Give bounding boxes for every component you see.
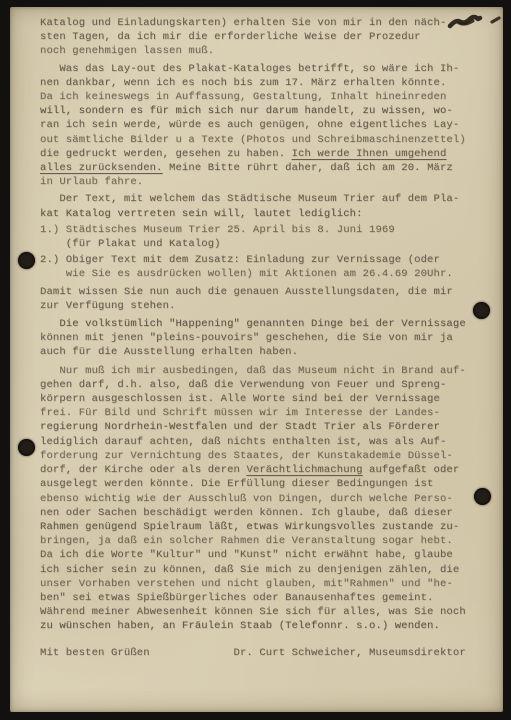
text-line: Da ich die Worte "Kultur" und "Kunst" ni…: [40, 548, 477, 562]
text-line: ben" sei etwas Spießbürgerliches oder Ba…: [40, 591, 477, 605]
text-line: forderung zur Vernichtung des Staates, d…: [40, 449, 477, 463]
text-line: out sämtliche Bilder u a Texte (Photos u…: [40, 133, 477, 147]
punch-hole: [18, 252, 35, 269]
document-page: Katalog und Einladungskarten) erhalten S…: [10, 7, 503, 712]
text-line: bringen, ja daß ein solcher Rahmen die V…: [40, 534, 477, 548]
text-line: sten Tagen, da ich mir die erforderliche…: [40, 30, 477, 44]
text-line: auch für die Ausstellung erhalten haben.: [40, 345, 477, 359]
underlined-text: alles zurücksenden.: [40, 162, 163, 174]
letter-body: Katalog und Einladungskarten) erhalten S…: [40, 16, 477, 660]
text-line: Rahmen genügend Spielraum läßt, etwas Wi…: [40, 520, 477, 534]
text-line: dorf, der Kirche oder als deren Verächtl…: [40, 463, 477, 477]
text-line: unser Vorhaben verstehen und nicht glaub…: [40, 577, 477, 591]
text-line: (für Plakat und Katalog): [40, 237, 477, 251]
text-line: ich sicher sein zu können, daß Sie mich …: [40, 563, 477, 577]
text-line: Während meiner Abwesenheit können Sie si…: [40, 605, 477, 619]
text-line: Da ich keineswegs in Auffassung, Gestalt…: [40, 90, 477, 104]
text-line: Was das Lay-out des Plakat-Kataloges bet…: [40, 62, 477, 76]
text-line: wie Sie es ausdrücken wollen) mit Aktion…: [40, 267, 477, 281]
text-line: 1.) Städtisches Museum Trier 25. April b…: [40, 223, 477, 237]
underlined-text: Verächtlichmachung: [246, 464, 362, 476]
text-line: lediglich darauf achten, daß nichts enth…: [40, 435, 477, 449]
text-line: kat Katalog vertreten sein will, lautet …: [40, 207, 477, 221]
scan-background: { "colors":{ "frame":"#131110", "paper":…: [0, 0, 511, 720]
text-line: Die volkstümlich "Happening" genannten D…: [40, 317, 477, 331]
punch-hole: [18, 439, 35, 456]
text-line: können mit jenen "pleins-pouvoirs" gesch…: [40, 331, 477, 345]
text-line: körpern ausgeschlossen ist. Alle Worte s…: [40, 392, 477, 406]
text-line: zur Verfügung stehen.: [40, 299, 477, 313]
text-line: ausgelegt werden könnte. Die Erfüllung d…: [40, 477, 477, 491]
text-line: regierung Nordrhein-Westfalen und der St…: [40, 420, 477, 434]
underlined-text: Ich werde Ihnen umgehend: [292, 148, 447, 160]
text-line: in Urlaub fahre.: [40, 175, 477, 189]
text-line: ran ich sein werde, würde es auch genüge…: [40, 118, 477, 132]
text-line: nen oder Sachen beschädigt werden können…: [40, 506, 477, 520]
text-line: zu wünschen haben, an Fräulein Staab (Te…: [40, 619, 477, 633]
text-line: gehen darf, d.h. also, daß die Verwendun…: [40, 378, 477, 392]
text-line: Katalog und Einladungskarten) erhalten S…: [40, 16, 477, 30]
text-line: Mit besten Grüßen Dr. Curt Schweicher, M…: [40, 646, 477, 660]
punch-hole: [474, 488, 491, 505]
text-line: Nur muß ich mir ausbedingen, daß das Mus…: [40, 364, 477, 378]
text-line: Der Text, mit welchem das Städtische Mus…: [40, 192, 477, 206]
text-line: will, sondern es für mich sich nur darum…: [40, 104, 477, 118]
text-line: alles zurücksenden. Meine Bitte rührt da…: [40, 161, 477, 175]
text-line: ebenso wichtig wie der Ausschluß von Din…: [40, 492, 477, 506]
text-line: nen dankbar, wenn ich es noch bis zum 17…: [40, 76, 477, 90]
text-line: 2.) Obiger Text mit dem Zusatz: Einladun…: [40, 253, 477, 267]
text-line: die gedruckt werden, gesehen zu haben. I…: [40, 147, 477, 161]
text-line: Damit wissen Sie nun auch die genauen Au…: [40, 285, 477, 299]
text-line: noch genehmigen lassen muß.: [40, 44, 477, 58]
punch-hole: [473, 302, 490, 319]
text-line: frei. Für Bild und Schrift müssen wir im…: [40, 406, 477, 420]
